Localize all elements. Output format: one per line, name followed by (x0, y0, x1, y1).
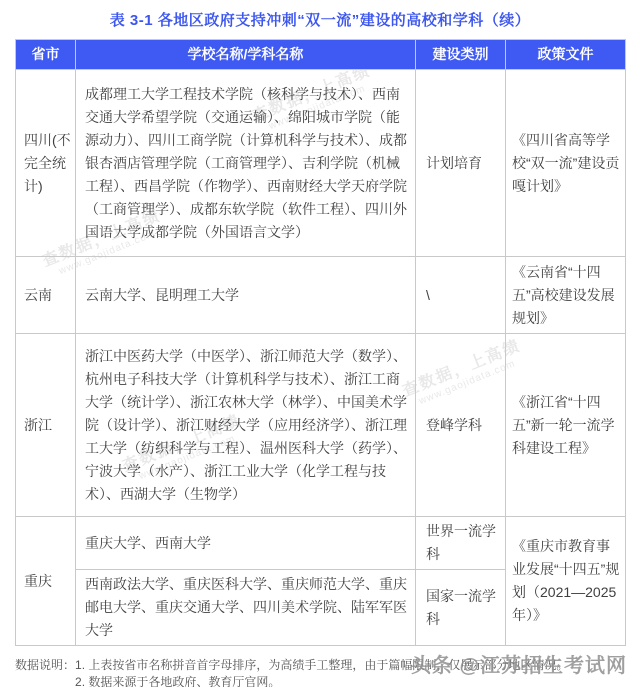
schools-cell: 浙江中医药大学（中医学）、浙江师范大学（数学）、杭州电子科技大学（计算机科学与技… (76, 334, 416, 517)
category-cell: 登峰学科 (416, 334, 506, 517)
column-header-schools: 学校名称/学科名称 (76, 40, 416, 70)
province-cell: 重庆 (16, 517, 76, 646)
double-first-class-table: 省市 学校名称/学科名称 建设类别 政策文件 四川(不完全统计) 成都理工大学工… (15, 39, 626, 646)
category-cell: 世界一流学科 (416, 517, 506, 570)
schools-cell: 云南大学、昆明理工大学 (76, 257, 416, 334)
policy-cell: 《浙江省“十四五”新一轮一流学科建设工程》 (506, 334, 626, 517)
table-row-yunnan: 云南 云南大学、昆明理工大学 \ 《云南省“十四五”高校建设发展规划》 (16, 257, 626, 334)
province-cell: 浙江 (16, 334, 76, 517)
category-cell: 计划培育 (416, 70, 506, 257)
column-header-province: 省市 (16, 40, 76, 70)
policy-cell: 《四川省高等学校“双一流”建设贡嘎计划》 (506, 70, 626, 257)
province-cell: 云南 (16, 257, 76, 334)
category-cell: \ (416, 257, 506, 334)
category-cell: 国家一流学科 (416, 570, 506, 646)
schools-cell: 西南政法大学、重庆医科大学、重庆师范大学、重庆邮电大学、重庆交通大学、四川美术学… (76, 570, 416, 646)
policy-cell: 《重庆市教育事业发展“十四五”规划（2021—2025 年）》 (506, 517, 626, 646)
column-header-policy: 政策文件 (506, 40, 626, 70)
schools-cell: 重庆大学、西南大学 (76, 517, 416, 570)
page-title: 表 3-1 各地区政府支持冲刺“双一流”建设的高校和学科（续） (0, 0, 640, 30)
data-notes-label: 数据说明： (15, 657, 75, 687)
toutiao-watermark: 头条 @江苏招生考试网 (411, 649, 627, 678)
table-row-sichuan: 四川(不完全统计) 成都理工大学工程技术学院（核科学与技术）、西南交通大学希望学… (16, 70, 626, 257)
table-row-zhejiang: 浙江 浙江中医药大学（中医学）、浙江师范大学（数学）、杭州电子科技大学（计算机科… (16, 334, 626, 517)
column-header-category: 建设类别 (416, 40, 506, 70)
header-row: 省市 学校名称/学科名称 建设类别 政策文件 (16, 40, 626, 70)
policy-cell: 《云南省“十四五”高校建设发展规划》 (506, 257, 626, 334)
table-row-chongqing-1: 重庆 重庆大学、西南大学 世界一流学科 《重庆市教育事业发展“十四五”规划（20… (16, 517, 626, 570)
schools-cell: 成都理工大学工程技术学院（核科学与技术）、西南交通大学希望学院（交通运输）、绵阳… (76, 70, 416, 257)
province-cell: 四川(不完全统计) (16, 70, 76, 257)
